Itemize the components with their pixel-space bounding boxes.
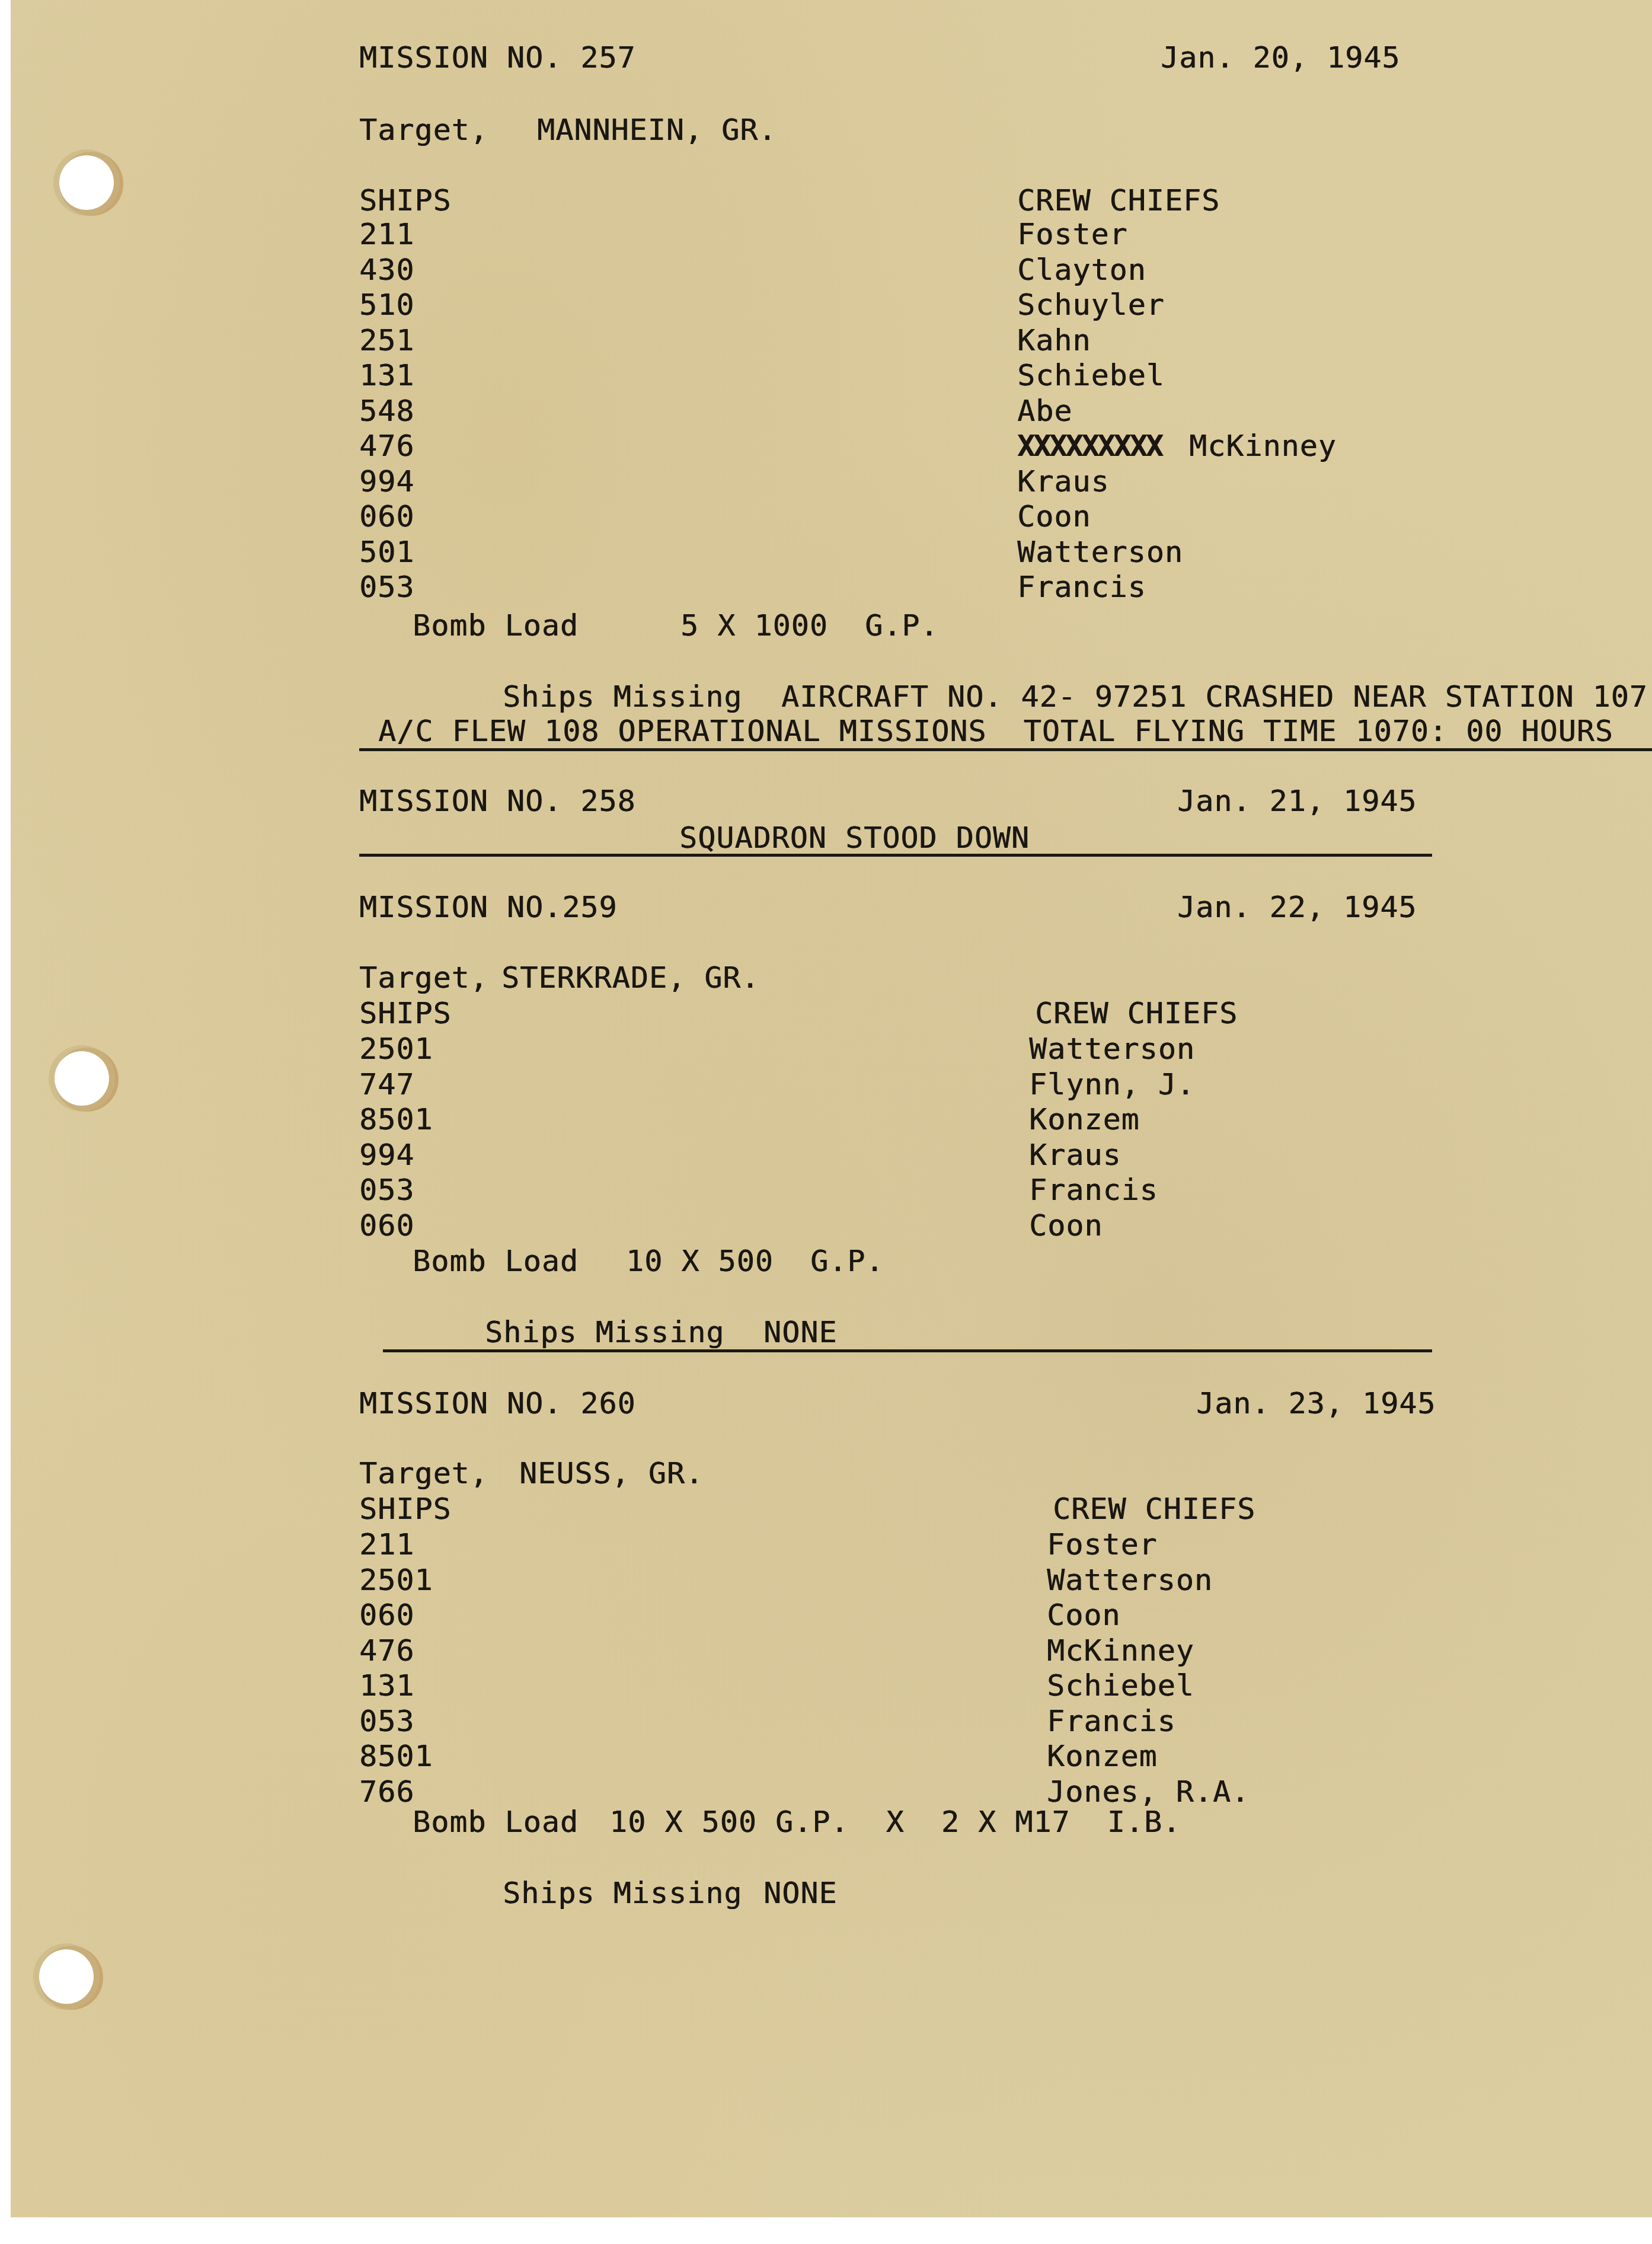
mission-number: MISSION NO. 258: [359, 786, 636, 816]
crew-chief-name: Francis: [1017, 572, 1146, 602]
crew-chief-name: Foster: [1017, 219, 1128, 249]
bomb-load-value: 5 X 1000 G.P.: [680, 611, 938, 640]
crew-chief-name: Konzem: [1029, 1105, 1140, 1134]
ships-header: SHIPS: [359, 186, 452, 215]
ship-number: 060: [359, 1211, 414, 1240]
ship-number: 994: [359, 1140, 414, 1170]
target-value: MANNHEIN, GR.: [537, 115, 777, 145]
target-value: STERKRADE, GR.: [501, 963, 759, 992]
ship-number: 766: [359, 1777, 414, 1806]
crew-chief-name: Watterson: [1017, 537, 1183, 567]
crew-chief-name: Coon: [1017, 502, 1091, 531]
ship-number: 060: [359, 502, 414, 531]
punch-hole: [39, 1949, 94, 2004]
bomb-load-label: Bomb Load: [413, 1246, 579, 1276]
target-value: NEUSS, GR.: [519, 1458, 704, 1488]
crew-chiefs-header: CREW CHIEFS: [1017, 186, 1220, 215]
ship-number: 211: [359, 219, 414, 249]
ship-number: 510: [359, 290, 414, 320]
crew-chief-name: Watterson: [1047, 1565, 1213, 1595]
ship-number: 131: [359, 1671, 414, 1700]
ships-missing-value: NONE: [763, 1317, 837, 1347]
mission-note: A/C FLEW 108 OPERATIONAL MISSIONS TOTAL …: [378, 716, 1613, 746]
crew-chiefs-header: CREW CHIEFS: [1035, 998, 1238, 1028]
crew-chief-name: Kraus: [1017, 467, 1110, 496]
mission-date: Jan. 22, 1945: [1177, 892, 1417, 922]
crew-chief-name: Schiebel: [1017, 360, 1165, 390]
crew-chief-name: Konzem: [1047, 1741, 1158, 1771]
typewritten-page: MISSION NO. 257 Jan. 20, 1945 Target, MA…: [11, 0, 1652, 2217]
ship-number: 8501: [359, 1741, 433, 1771]
mission-status: SQUADRON STOOD DOWN: [679, 823, 1030, 853]
mission-number: MISSION NO. 257: [359, 43, 636, 72]
crew-chief-name: Clayton: [1017, 255, 1146, 285]
target-label: Target,: [359, 115, 488, 145]
struck-out-text: XXXXXXXXX: [1017, 431, 1162, 461]
crew-chief-name: Kraus: [1029, 1140, 1121, 1170]
bomb-load-label: Bomb Load: [413, 611, 579, 640]
crew-chief-name: Francis: [1047, 1706, 1176, 1736]
ship-number: 548: [359, 396, 414, 426]
ship-number: 053: [359, 1175, 414, 1205]
target-label: Target,: [359, 963, 488, 992]
section-divider: [359, 854, 1432, 857]
ship-number: 053: [359, 1706, 414, 1736]
mission-number: MISSION NO.259: [359, 892, 617, 922]
bomb-load-label: Bomb Load: [413, 1807, 579, 1837]
crew-chief-name: Coon: [1047, 1600, 1120, 1630]
mission-date: Jan. 20, 1945: [1161, 43, 1400, 72]
ships-header: SHIPS: [359, 1494, 452, 1524]
ship-number: 211: [359, 1530, 414, 1559]
mission-date: Jan. 21, 1945: [1177, 786, 1417, 816]
ship-number: 2501: [359, 1565, 433, 1595]
ship-number: 2501: [359, 1034, 433, 1064]
crew-chief-name: Schiebel: [1047, 1671, 1194, 1700]
ship-number: 053: [359, 572, 414, 602]
ships-missing-label: Ships Missing: [485, 1317, 724, 1347]
crew-chief-name: Schuyler: [1017, 290, 1165, 320]
ship-number: 476: [359, 431, 414, 461]
ship-number: 8501: [359, 1105, 433, 1134]
mission-date: Jan. 23, 1945: [1196, 1388, 1436, 1418]
crew-chief-name: Coon: [1029, 1211, 1103, 1240]
crew-chief-name: Flynn, J.: [1029, 1070, 1195, 1099]
crew-chief-name: Jones, R.A.: [1047, 1777, 1250, 1806]
crew-chief-name: Francis: [1029, 1175, 1158, 1205]
bomb-load-value: 10 X 500 G.P. X 2 X M17 I.B.: [609, 1807, 1181, 1837]
ships-missing-value: AIRCRAFT NO. 42- 97251 CRASHED NEAR STAT…: [781, 682, 1648, 711]
crew-chief-name: McKinney: [1047, 1636, 1194, 1665]
bomb-load-value: 10 X 500 G.P.: [626, 1246, 884, 1276]
ship-number: 131: [359, 360, 414, 390]
ships-missing-label: Ships Missing: [503, 1878, 742, 1908]
crew-chiefs-header: CREW CHIEFS: [1053, 1494, 1255, 1524]
crew-chief-name: Foster: [1047, 1530, 1158, 1559]
ships-header: SHIPS: [359, 998, 452, 1028]
ship-number: 430: [359, 255, 414, 285]
ships-missing-value: NONE: [763, 1878, 837, 1908]
crew-chief-name: Kahn: [1017, 325, 1091, 355]
ships-missing-label: Ships Missing: [503, 682, 742, 711]
ship-number: 501: [359, 537, 414, 567]
crew-chief-name: Watterson: [1029, 1034, 1195, 1064]
punch-hole: [59, 155, 114, 210]
section-divider: [359, 748, 1652, 751]
ship-number: 994: [359, 467, 414, 496]
crew-chief-name: Abe: [1017, 396, 1072, 426]
ship-number: 747: [359, 1070, 414, 1099]
ship-number: 251: [359, 325, 414, 355]
punch-hole: [55, 1051, 109, 1106]
ship-number: 476: [359, 1636, 414, 1665]
crew-chief-name: McKinney: [1189, 431, 1337, 461]
ship-number: 060: [359, 1600, 414, 1630]
section-divider: [383, 1349, 1432, 1352]
target-label: Target,: [359, 1458, 488, 1488]
mission-number: MISSION NO. 260: [359, 1388, 636, 1418]
